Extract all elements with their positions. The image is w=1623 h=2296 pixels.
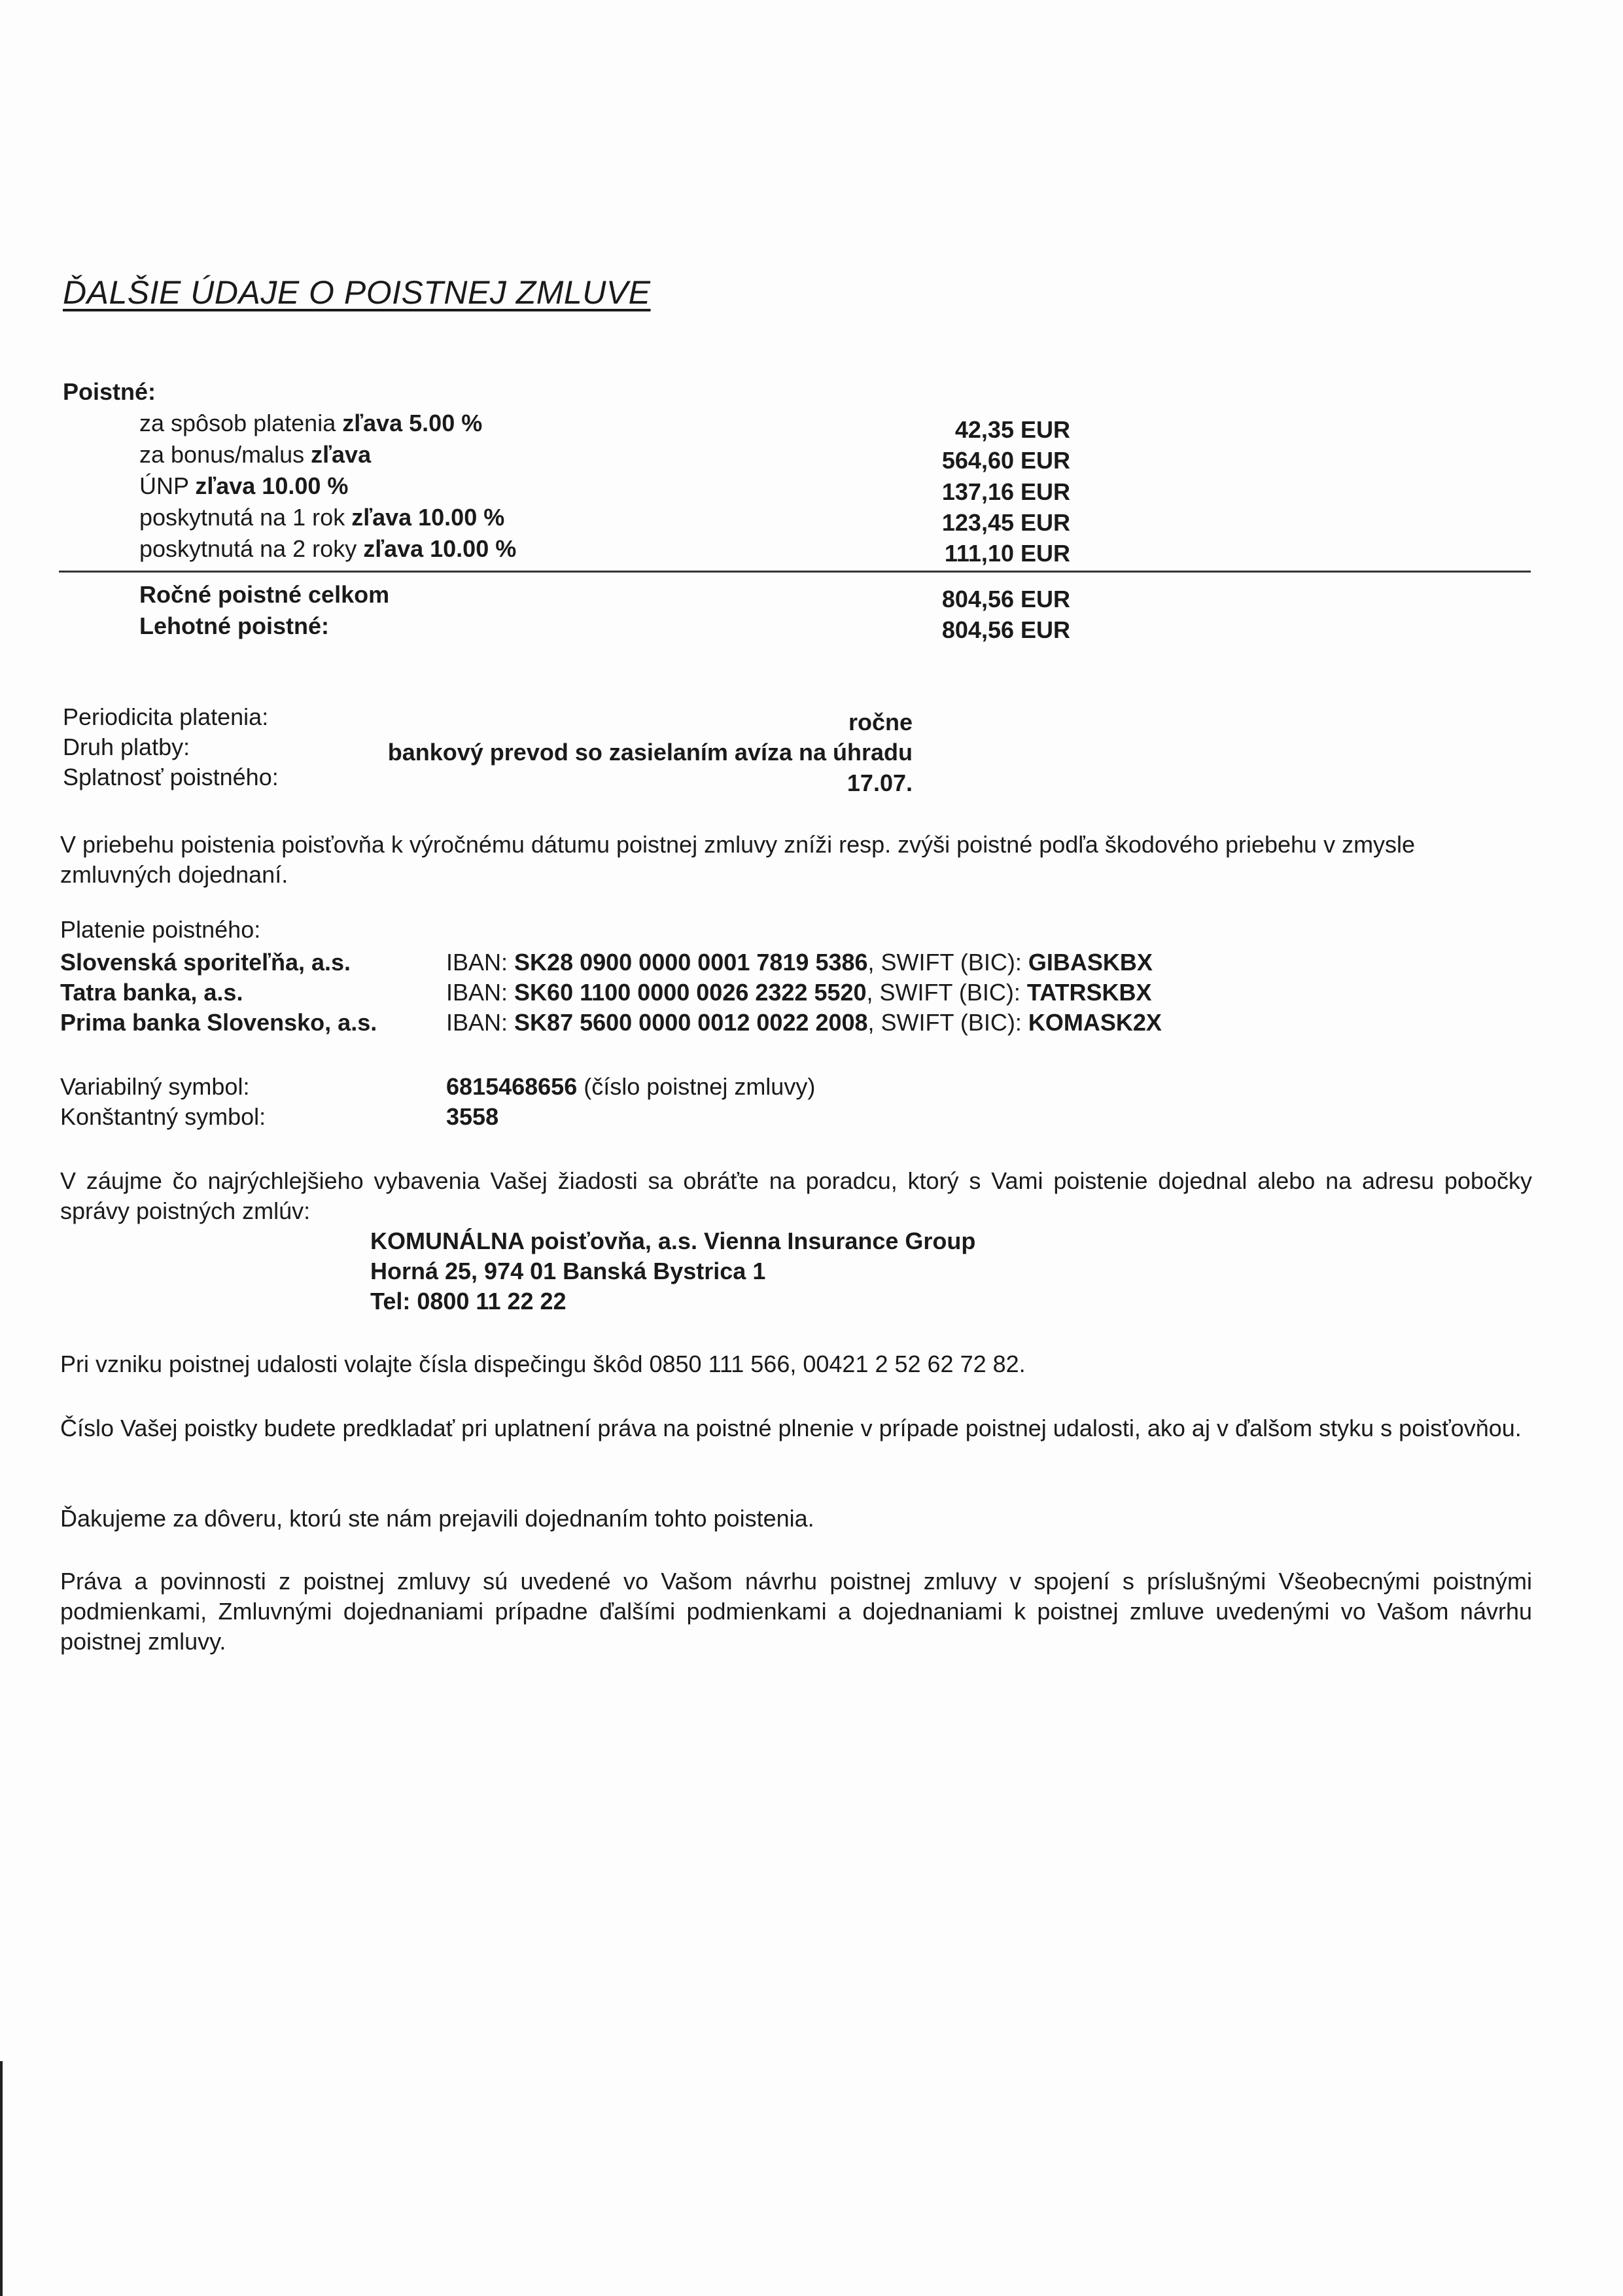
iban-value: SK28 0900 0000 0001 7819 5386	[514, 949, 868, 976]
swift-label: , SWIFT (BIC):	[868, 1009, 1028, 1036]
payment-type-value: bankový prevod so zasielaním avíza na úh…	[327, 739, 913, 766]
premium-item-label: ÚNP zľava 10.00 %	[139, 472, 348, 500]
swift-value: KOMASK2X	[1028, 1009, 1162, 1036]
annual-premium-amount: 804,56 EUR	[809, 586, 1070, 613]
premium-item-label: za bonus/malus zľava	[139, 441, 371, 468]
page-title: ĎALŠIE ÚDAJE O POISTNEJ ZMLUVE	[63, 274, 651, 311]
bank-payment-heading: Platenie poistného:	[60, 916, 260, 944]
payment-type-label: Druh platby:	[63, 733, 190, 761]
premium-item-amount: 564,60 EUR	[809, 447, 1070, 474]
period-premium-label: Lehotné poistné:	[139, 612, 329, 640]
bank-name: Prima banka Slovensko, a.s.	[60, 1009, 377, 1036]
payment-frequency-label: Periodicita platenia:	[63, 703, 268, 731]
divider	[59, 571, 1531, 573]
insurer-address: Horná 25, 974 01 Banská Bystrica 1	[370, 1258, 765, 1285]
premium-item-label: poskytnutá na 2 roky zľava 10.00 %	[139, 535, 516, 563]
premium-heading: Poistné:	[63, 378, 156, 406]
premium-item-text: ÚNP	[139, 472, 195, 499]
variable-symbol-label: Variabilný symbol:	[60, 1073, 249, 1101]
swift-value: GIBASKBX	[1028, 949, 1153, 976]
constant-symbol-value: 3558	[446, 1103, 498, 1131]
swift-label: , SWIFT (BIC):	[868, 949, 1028, 976]
variable-symbol-value: 6815468656	[446, 1073, 577, 1100]
thanks-paragraph: Ďakujeme za dôveru, ktorú ste nám prejav…	[60, 1504, 1532, 1534]
premium-item-text: za spôsob platenia	[139, 410, 342, 436]
payment-due-label: Splatnosť poistného:	[63, 764, 279, 791]
iban-value: SK60 1100 0000 0026 2322 5520	[514, 979, 867, 1006]
premium-item-text: poskytnutá na 2 roky	[139, 535, 363, 562]
bank-iban: IBAN: SK87 5600 0000 0012 0022 2008, SWI…	[446, 1009, 1162, 1036]
swift-value: TATRSKBX	[1027, 979, 1152, 1006]
annual-premium-label: Ročné poistné celkom	[139, 581, 389, 609]
bank-name: Slovenská sporiteľňa, a.s.	[60, 949, 351, 976]
payment-frequency-value: ročne	[327, 709, 913, 736]
insurer-name: KOMUNÁLNA poisťovňa, a.s. Vienna Insuran…	[370, 1227, 975, 1255]
policy-number-paragraph: Číslo Vašej poistky budete predkladať pr…	[60, 1413, 1532, 1443]
premium-item-label: poskytnutá na 1 rok zľava 10.00 %	[139, 504, 504, 531]
scan-edge-mark	[0, 2061, 3, 2296]
premium-item-discount: zľava 5.00 %	[342, 410, 482, 436]
premium-item-discount: zľava 10.00 %	[195, 472, 348, 499]
premium-item-amount: 42,35 EUR	[809, 416, 1070, 444]
premium-item-text: poskytnutá na 1 rok	[139, 504, 351, 531]
bank-name: Tatra banka, a.s.	[60, 979, 243, 1006]
bank-iban: IBAN: SK28 0900 0000 0001 7819 5386, SWI…	[446, 949, 1153, 976]
contact-paragraph: V záujme čo najrýchlejšieho vybavenia Va…	[60, 1166, 1532, 1226]
iban-label: IBAN:	[446, 979, 514, 1006]
premium-item-amount: 137,16 EUR	[809, 478, 1070, 506]
rights-paragraph: Práva a povinnosti z poistnej zmluvy sú …	[60, 1566, 1532, 1657]
variable-symbol-note: (číslo poistnej zmluvy)	[577, 1073, 815, 1100]
constant-symbol-label: Konštantný symbol:	[60, 1103, 266, 1131]
premium-item-text: za bonus/malus	[139, 441, 311, 468]
iban-label: IBAN:	[446, 1009, 514, 1036]
claims-paragraph: Pri vzniku poistnej udalosti volajte čís…	[60, 1349, 1532, 1379]
premium-item-discount: zľava	[311, 441, 371, 468]
iban-label: IBAN:	[446, 949, 514, 976]
premium-item-discount: zľava 10.00 %	[351, 504, 504, 531]
premium-item-label: za spôsob platenia zľava 5.00 %	[139, 410, 482, 437]
document-page: ĎALŠIE ÚDAJE O POISTNEJ ZMLUVE Poistné: …	[0, 0, 1623, 2296]
premium-adjustment-paragraph: V priebehu poistenia poisťovňa k výročné…	[60, 830, 1532, 890]
premium-item-discount: zľava 10.00 %	[363, 535, 516, 562]
premium-item-amount: 123,45 EUR	[809, 509, 1070, 537]
iban-value: SK87 5600 0000 0012 0022 2008	[514, 1009, 868, 1036]
swift-label: , SWIFT (BIC):	[867, 979, 1027, 1006]
payment-due-value: 17.07.	[327, 769, 913, 797]
insurer-phone: Tel: 0800 11 22 22	[370, 1288, 567, 1315]
bank-iban: IBAN: SK60 1100 0000 0026 2322 5520, SWI…	[446, 979, 1152, 1006]
period-premium-amount: 804,56 EUR	[809, 616, 1070, 644]
variable-symbol: 6815468656 (číslo poistnej zmluvy)	[446, 1073, 815, 1101]
premium-item-amount: 111,10 EUR	[809, 540, 1070, 567]
